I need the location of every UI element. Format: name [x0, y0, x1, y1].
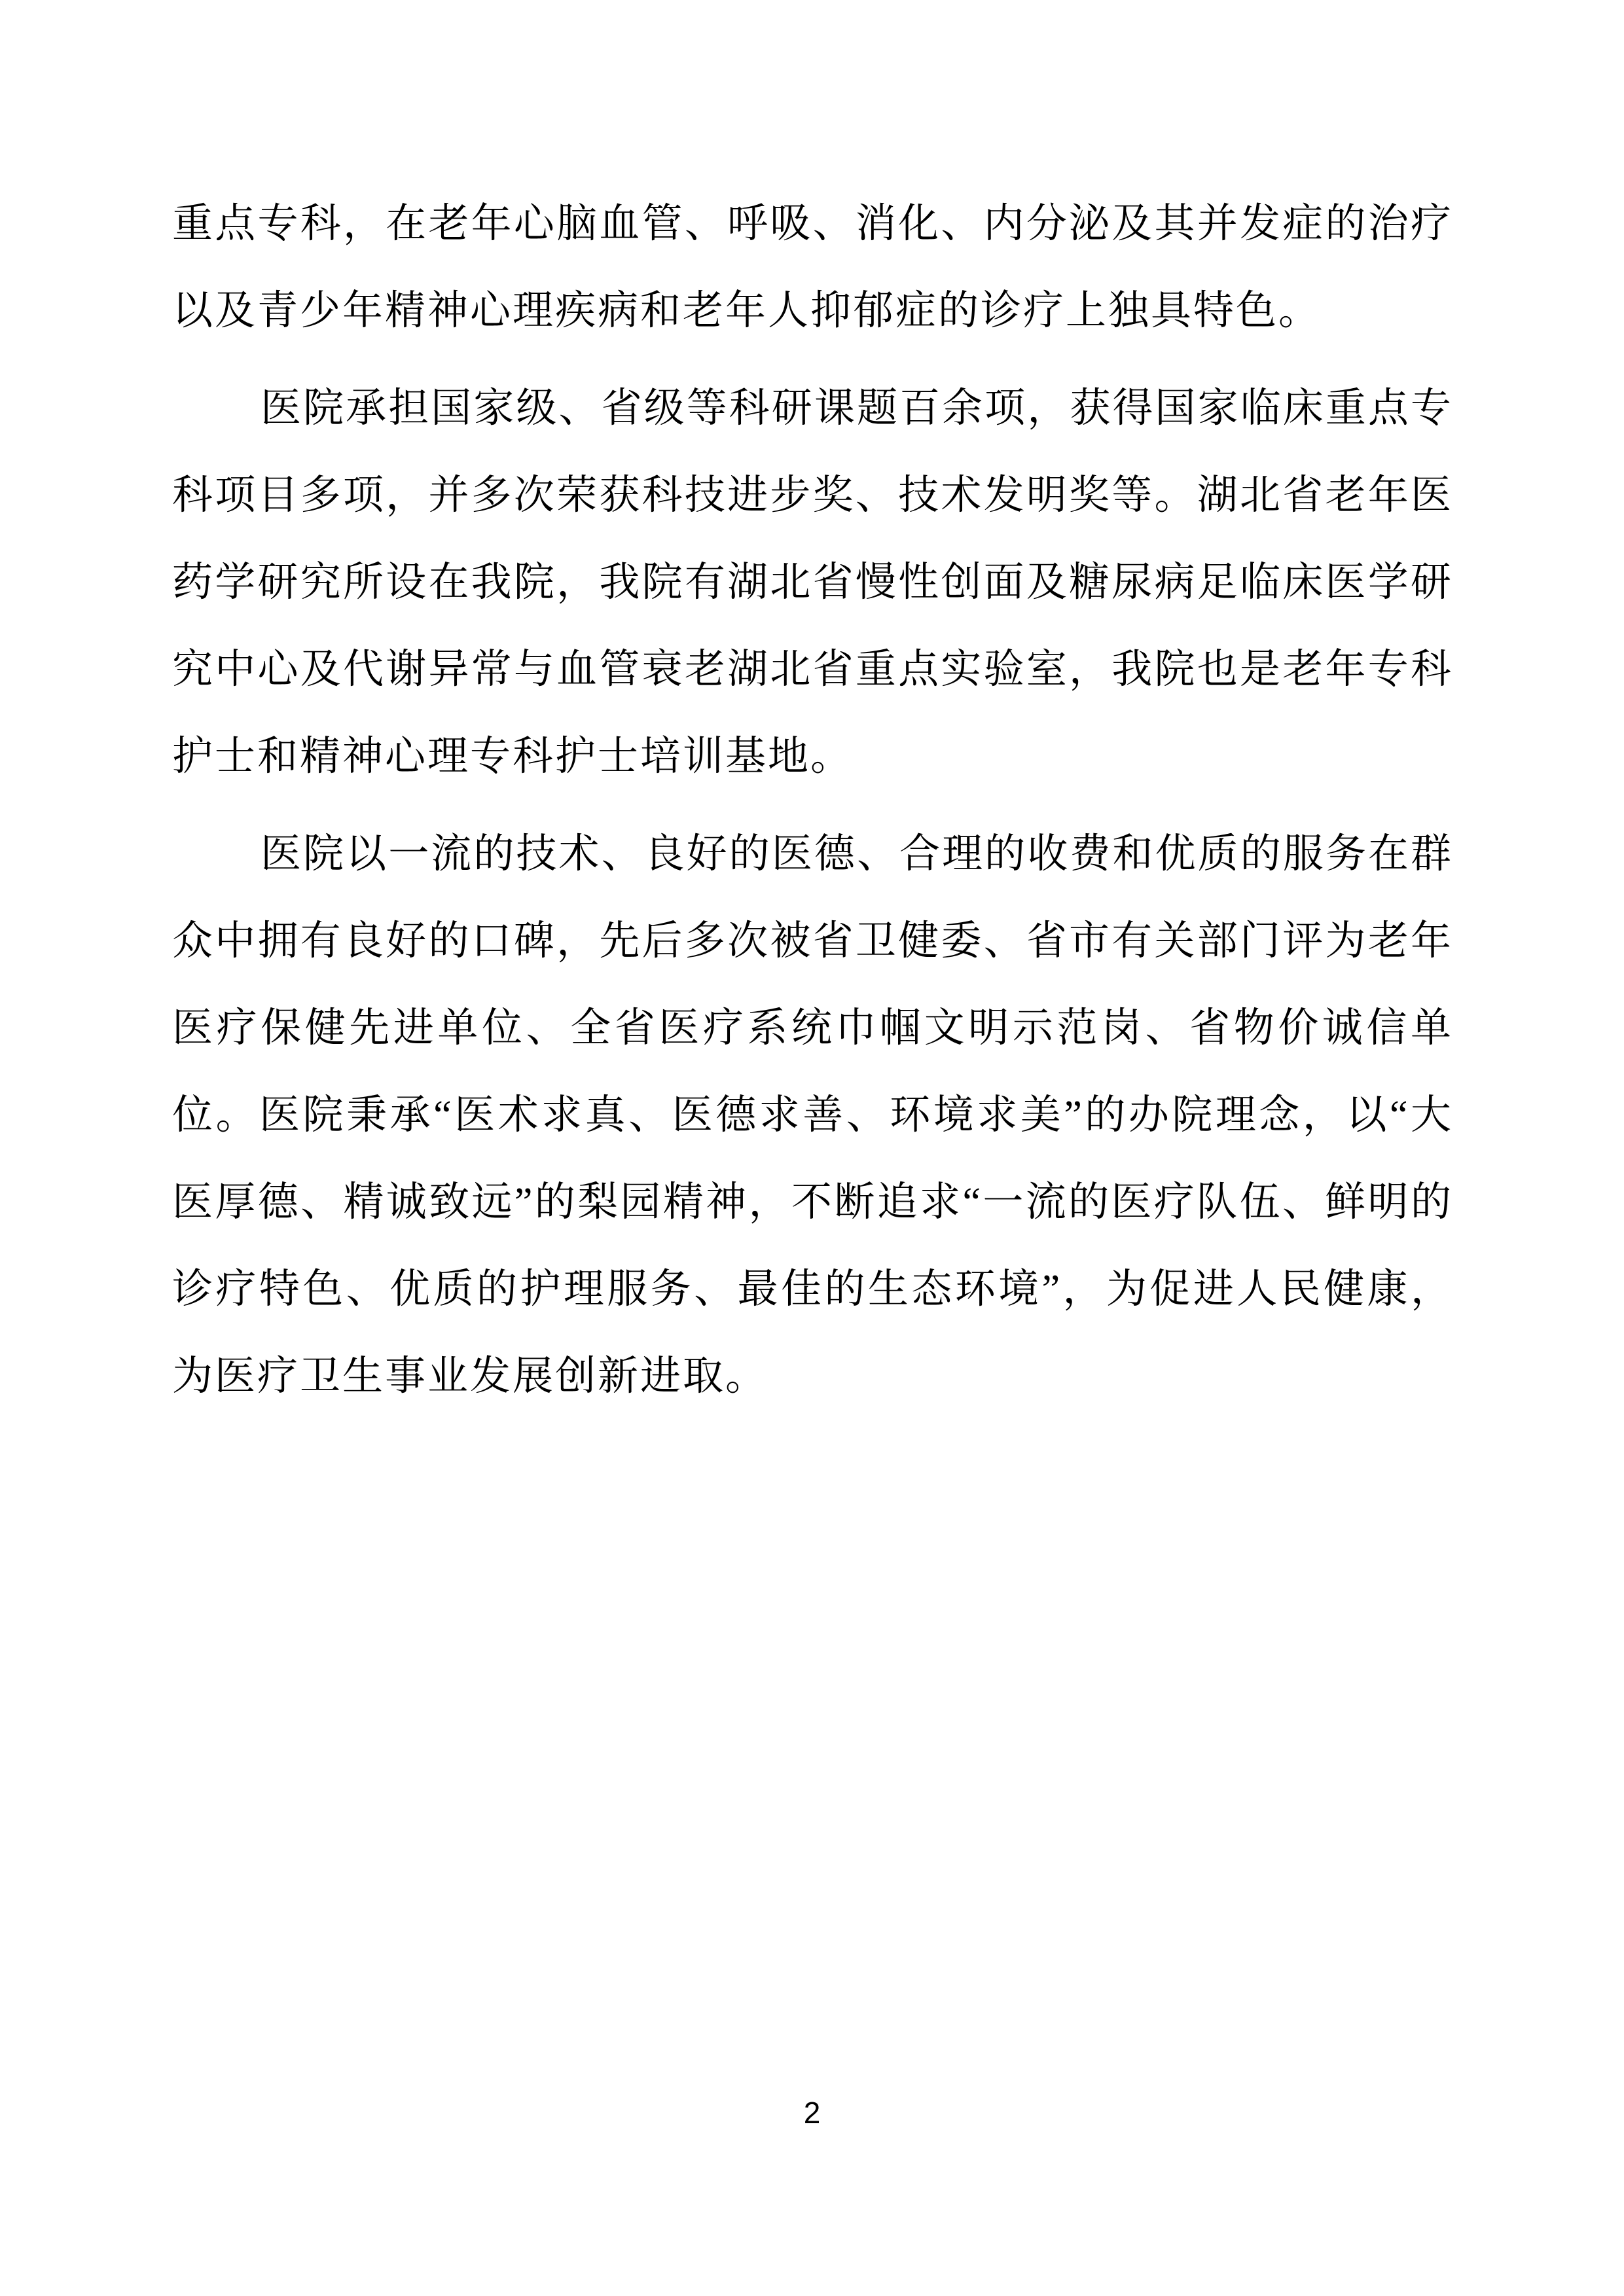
page-number: 2: [804, 2096, 821, 2130]
paragraph-1-continuation: 重点专科，在老年心脑血管、呼吸、消化、内分泌及其并发症的治疗以及青少年精神心理疾…: [172, 181, 1453, 355]
document-page: 重点专科，在老年心脑血管、呼吸、消化、内分泌及其并发症的治疗以及青少年精神心理疾…: [0, 0, 1624, 2296]
document-body: 重点专科，在老年心脑血管、呼吸、消化、内分泌及其并发症的治疗以及青少年精神心理疾…: [172, 181, 1453, 1420]
page-footer: 2: [0, 2094, 1624, 2131]
paragraph-3: 医院以一流的技术、良好的医德、合理的收费和优质的服务在群众中拥有良好的口碑，先后…: [172, 811, 1453, 1420]
paragraph-2: 医院承担国家级、省级等科研课题百余项，获得国家临床重点专科项目多项，并多次荣获科…: [172, 365, 1453, 800]
